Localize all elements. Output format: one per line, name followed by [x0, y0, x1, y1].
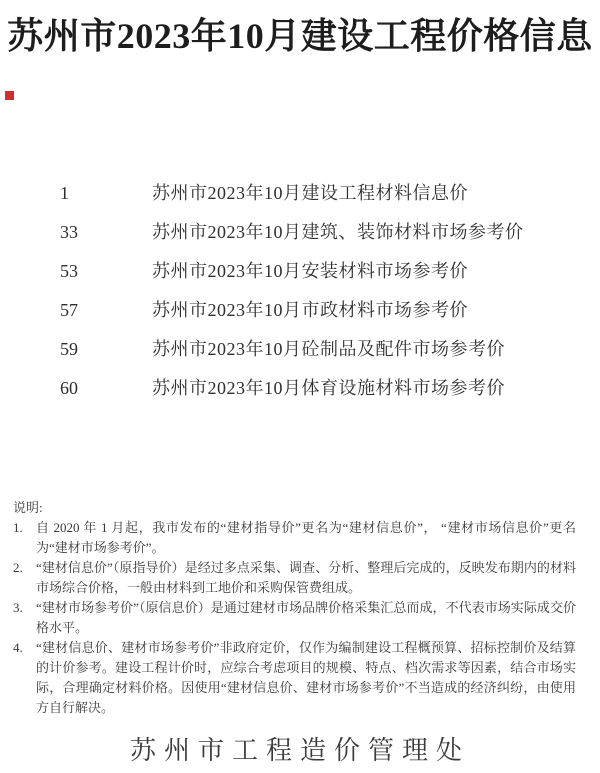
toc-row: 33 苏州市2023年10月建筑、装饰材料市场参考价: [60, 222, 570, 243]
note-item: 2. “建材信息价”（原指导价）是经过多点采集、调查、分析、整理后完成的，反映发…: [13, 558, 576, 598]
note-item: 3. “建材市场参考价”（原信息价）是通过建材市场品牌价格采集汇总而成，不代表市…: [13, 598, 576, 638]
toc-entry-title: 苏州市2023年10月体育设施材料市场参考价: [152, 378, 570, 399]
notes-heading: 说明:: [13, 498, 576, 518]
red-mark: [5, 91, 14, 100]
toc-page-number: 33: [60, 222, 152, 243]
notes-section: 说明: 1. 自 2020 年 1 月起，我市发布的“建材指导价”更名为“建材信…: [13, 498, 576, 718]
note-item: 4. “建材信息价、建材市场参考价”非政府定价，仅作为编制建设工程概预算、招标控…: [13, 638, 576, 718]
note-text: “建材市场参考价”（原信息价）是通过建材市场品牌价格采集汇总而成，不代表市场实际…: [36, 598, 576, 638]
note-text: 自 2020 年 1 月起，我市发布的“建材指导价”更名为“建材信息价”， “建…: [36, 518, 576, 558]
note-number: 1.: [13, 518, 36, 558]
toc-page-number: 57: [60, 300, 152, 321]
toc-entry-title: 苏州市2023年10月建筑、装饰材料市场参考价: [152, 222, 570, 243]
toc-page-number: 59: [60, 339, 152, 360]
document-page: 苏州市2023年10月建设工程价格信息 1 苏州市2023年10月建设工程材料信…: [0, 0, 600, 773]
toc-entry-title: 苏州市2023年10月市政材料市场参考价: [152, 300, 570, 321]
toc-entry-title: 苏州市2023年10月砼制品及配件市场参考价: [152, 339, 570, 360]
toc-row: 59 苏州市2023年10月砼制品及配件市场参考价: [60, 339, 570, 360]
note-number: 2.: [13, 558, 36, 598]
toc-row: 53 苏州市2023年10月安装材料市场参考价: [60, 261, 570, 282]
toc-entry-title: 苏州市2023年10月建设工程材料信息价: [152, 183, 570, 204]
footer-organization: 苏州市工程造价管理处: [0, 730, 600, 767]
toc-page-number: 1: [60, 183, 152, 204]
toc-page-number: 53: [60, 261, 152, 282]
toc-row: 1 苏州市2023年10月建设工程材料信息价: [60, 183, 570, 204]
toc-page-number: 60: [60, 378, 152, 399]
note-item: 1. 自 2020 年 1 月起，我市发布的“建材指导价”更名为“建材信息价”，…: [13, 518, 576, 558]
toc-entry-title: 苏州市2023年10月安装材料市场参考价: [152, 261, 570, 282]
note-number: 3.: [13, 598, 36, 638]
toc-row: 57 苏州市2023年10月市政材料市场参考价: [60, 300, 570, 321]
table-of-contents: 1 苏州市2023年10月建设工程材料信息价 33 苏州市2023年10月建筑、…: [60, 183, 570, 417]
page-title: 苏州市2023年10月建设工程价格信息: [0, 8, 600, 59]
note-text: “建材信息价”（原指导价）是经过多点采集、调查、分析、整理后完成的，反映发布期内…: [36, 558, 576, 598]
note-number: 4.: [13, 638, 36, 718]
note-text: “建材信息价、建材市场参考价”非政府定价，仅作为编制建设工程概预算、招标控制价及…: [36, 638, 576, 718]
toc-row: 60 苏州市2023年10月体育设施材料市场参考价: [60, 378, 570, 399]
